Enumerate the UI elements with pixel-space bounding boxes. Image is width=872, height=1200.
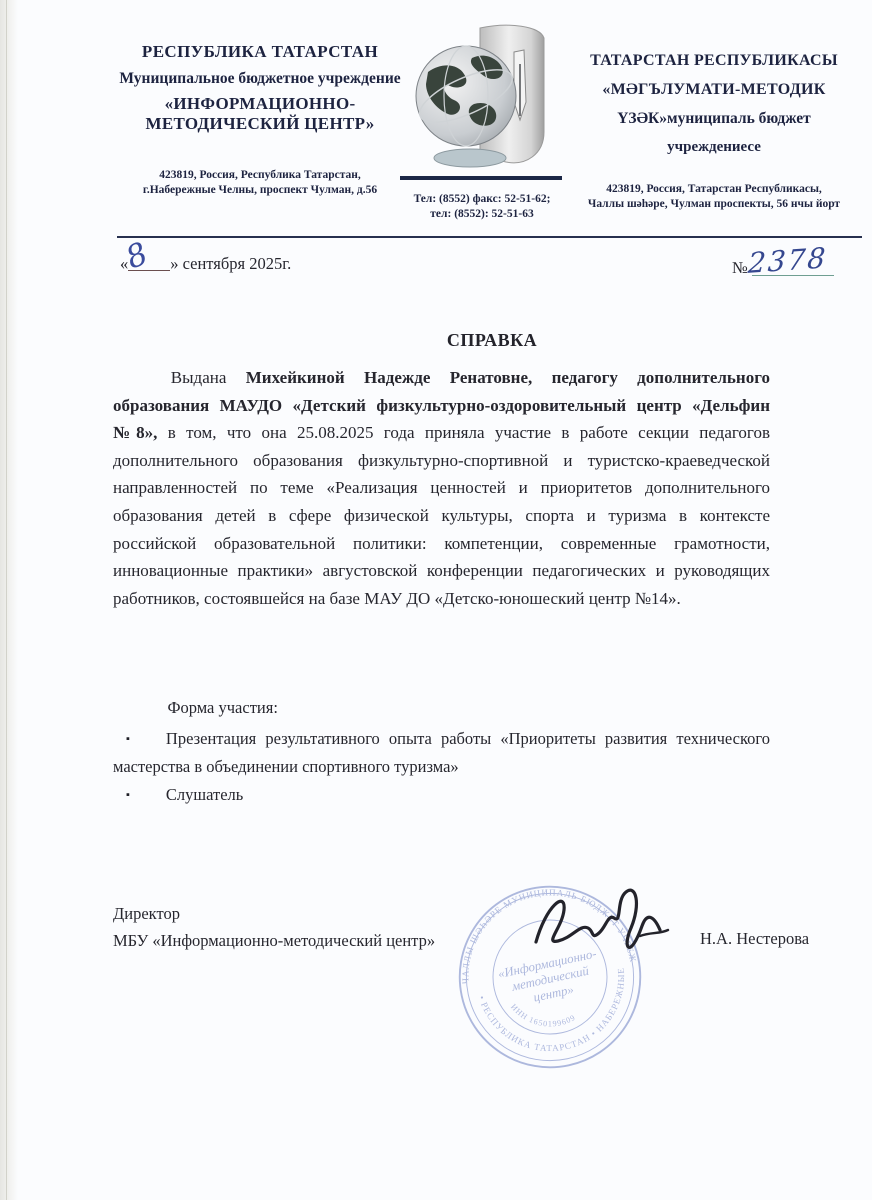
scanned-certificate-page: РЕСПУБЛИКА ТАТАРСТАН Муниципальное бюдже… <box>0 0 872 1200</box>
square-bullet-icon: ▪ <box>126 726 130 754</box>
signatory-position: Директор МБУ «Информационно-методический… <box>113 901 435 954</box>
logo-underline-bar <box>400 176 562 180</box>
phone-line-2: тел: (8552): 52-51-63 <box>392 207 572 222</box>
signatory-position-line2: МБУ «Информационно-методический центр» <box>113 928 435 955</box>
org-name-ru-1: «ИНФОРМАЦИОННО- <box>112 94 408 114</box>
globe-pen-logo-icon <box>414 24 552 172</box>
handwritten-signature <box>528 884 678 968</box>
header-divider-rule <box>117 236 862 238</box>
org-region-tat: ТАТАРСТАН РЕСПУБЛИКАСЫ <box>566 52 862 70</box>
date-rest: » сентября 2025г. <box>170 254 291 273</box>
signatory-position-line1: Директор <box>113 901 435 928</box>
scan-left-edge <box>0 0 18 1200</box>
header-org-russian: РЕСПУБЛИКА ТАТАРСТАН Муниципальное бюдже… <box>112 42 408 198</box>
participation-item: ▪Слушатель <box>113 781 770 810</box>
org-address-tat-2: Чаллы шәһәре, Чулман проспекты, 56 нчы й… <box>566 197 862 212</box>
org-address-ru-2: г.Набережные Челны, проспект Чулман, д.5… <box>112 183 408 198</box>
phone-line-1: Тел: (8552) факс: 52-51-62; <box>392 192 572 207</box>
handwritten-number: 2378 <box>747 241 828 280</box>
certificate-body-paragraph: Выдана Михейкиной Надежде Ренатовне, пед… <box>113 364 770 612</box>
signatory-name: Н.А. Нестерова <box>700 929 809 949</box>
org-address-ru: 423819, Россия, Республика Татарстан, г.… <box>112 168 408 198</box>
org-type-ru: Муниципальное бюджетное учреждение <box>112 70 408 88</box>
participation-item: ▪Презентация результативного опыта работ… <box>113 725 770 781</box>
org-name-ru-2: МЕТОДИЧЕСКИЙ ЦЕНТР» <box>112 114 408 134</box>
document-title: СПРАВКА <box>113 330 871 351</box>
participation-section: Форма участия: ▪Презентация результативн… <box>113 694 770 809</box>
org-region-ru: РЕСПУБЛИКА ТАТАРСТАН <box>112 42 408 62</box>
header-org-tatar: ТАТАРСТАН РЕСПУБЛИКАСЫ «МӘГЪЛУМАТИ-МЕТОД… <box>566 52 862 212</box>
org-address-tat-1: 423819, Россия, Татарстан Республикасы, <box>566 182 862 197</box>
participation-heading: Форма участия: <box>113 694 770 722</box>
org-address-ru-1: 423819, Россия, Республика Татарстан, <box>112 168 408 183</box>
scan-left-edge-line <box>6 0 7 1200</box>
org-type-tat: учреждениесе <box>566 139 862 156</box>
square-bullet-icon: ▪ <box>126 782 130 810</box>
participation-item-text: Слушатель <box>166 785 243 804</box>
org-name-tat-2: ҮЗӘК»муниципаль бюджет <box>566 110 862 128</box>
number-label: № <box>732 258 748 277</box>
header-phones: Тел: (8552) факс: 52-51-62; тел: (8552):… <box>392 192 572 222</box>
org-address-tat: 423819, Россия, Татарстан Республикасы, … <box>566 182 862 212</box>
participation-item-text: Презентация результативного опыта работы… <box>113 729 770 777</box>
org-name-tat-1: «МӘГЪЛУМАТИ-МЕТОДИК <box>566 81 862 99</box>
